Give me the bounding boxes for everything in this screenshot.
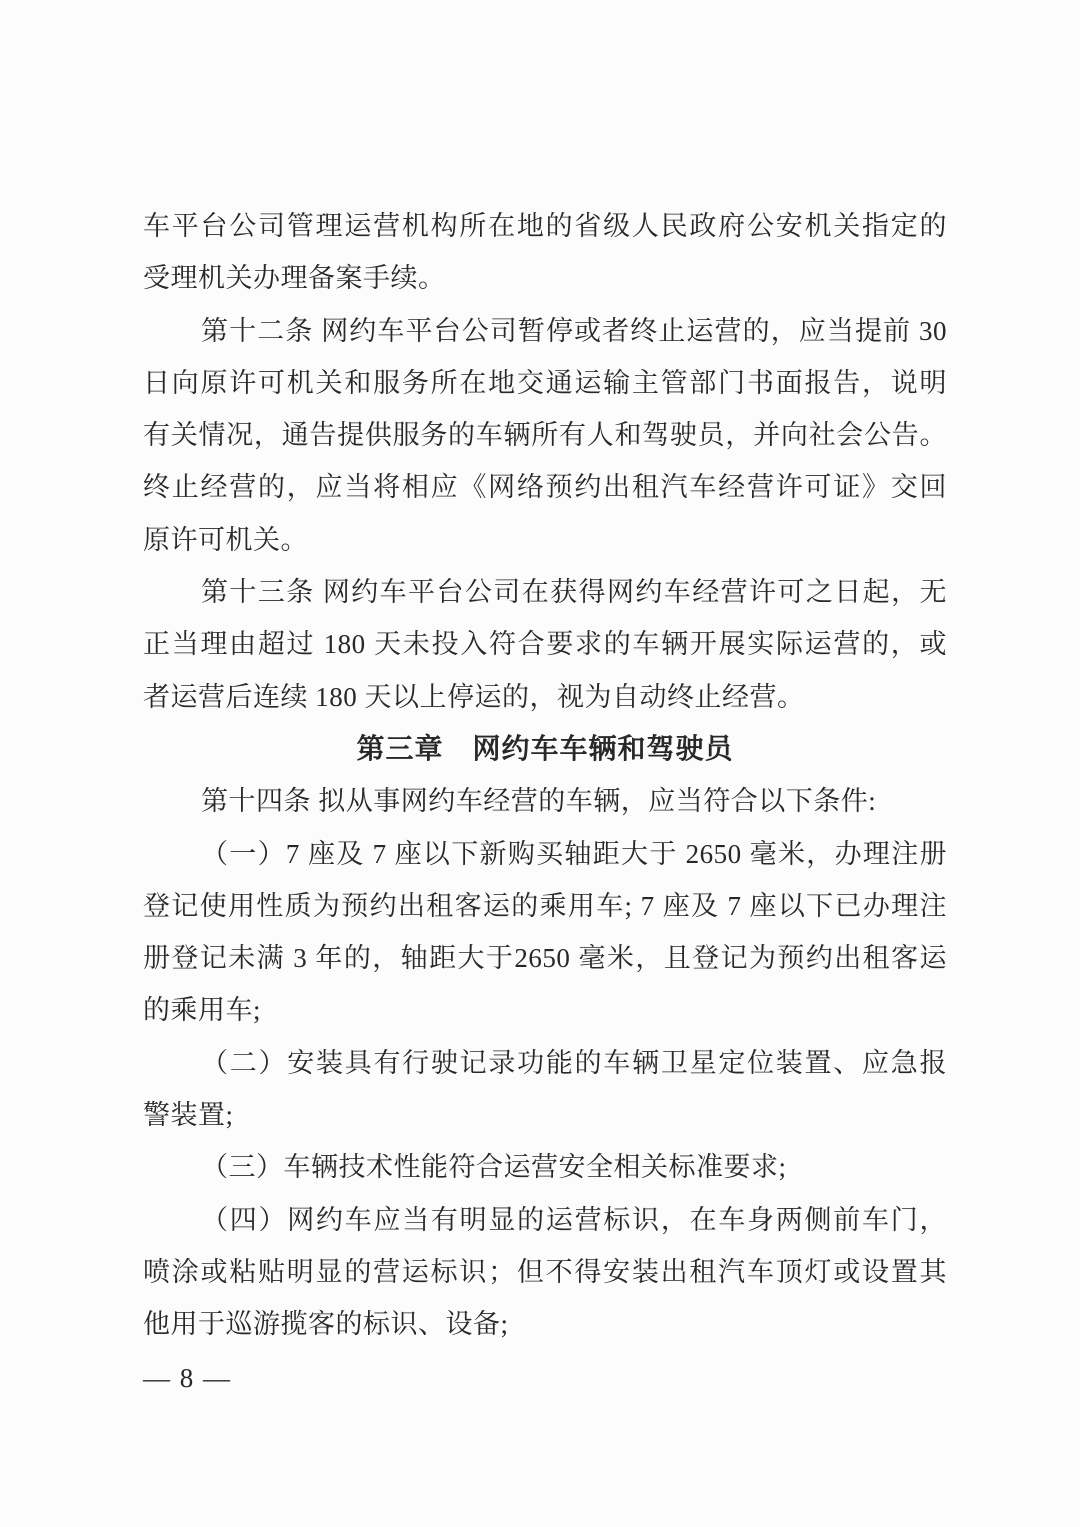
text-block: 车平台公司管理运营机构所在地的省级人民政府公安机关指定的 受理机关办理备案手续。… xyxy=(143,200,947,1351)
document-page: 车平台公司管理运营机构所在地的省级人民政府公安机关指定的 受理机关办理备案手续。… xyxy=(0,0,1080,1527)
doc-line: 原许可机关。 xyxy=(143,514,947,566)
doc-line: 的乘用车; xyxy=(143,984,947,1036)
doc-line: （二）安装具有行驶记录功能的车辆卫星定位装置、应急报 xyxy=(143,1037,947,1089)
doc-line: （四）网约车应当有明显的运营标识，在车身两侧前车门， xyxy=(143,1194,947,1246)
doc-line: 第十二条 网约车平台公司暂停或者终止运营的，应当提前 30 xyxy=(143,305,947,357)
doc-line: 有关情况，通告提供服务的车辆所有人和驾驶员，并向社会公告。 xyxy=(143,409,947,461)
doc-line: （一）7 座及 7 座以下新购买轴距大于 2650 毫米，办理注册 xyxy=(143,828,947,880)
doc-line: 车平台公司管理运营机构所在地的省级人民政府公安机关指定的 xyxy=(143,200,947,252)
doc-line: 第十三条 网约车平台公司在获得网约车经营许可之日起，无 xyxy=(143,566,947,618)
doc-line: 警装置; xyxy=(143,1089,947,1141)
doc-line: 喷涂或粘贴明显的营运标识；但不得安装出租汽车顶灯或设置其 xyxy=(143,1246,947,1298)
doc-line: 册登记未满 3 年的，轴距大于2650 毫米，且登记为预约出租客运 xyxy=(143,932,947,984)
doc-line: 日向原许可机关和服务所在地交通运输主管部门书面报告，说明 xyxy=(143,357,947,409)
doc-line: 登记使用性质为预约出租客运的乘用车; 7 座及 7 座以下已办理注 xyxy=(143,880,947,932)
doc-line: 终止经营的，应当将相应《网络预约出租汽车经营许可证》交回 xyxy=(143,461,947,513)
doc-line: 受理机关办理备案手续。 xyxy=(143,252,947,304)
doc-line: 者运营后连续 180 天以上停运的，视为自动终止经营。 xyxy=(143,671,947,723)
doc-line: （三）车辆技术性能符合运营安全相关标准要求; xyxy=(143,1141,947,1193)
doc-line: 第十四条 拟从事网约车经营的车辆，应当符合以下条件: xyxy=(143,775,947,827)
chapter-heading: 第三章 网约车车辆和驾驶员 xyxy=(143,723,947,775)
doc-line: 他用于巡游揽客的标识、设备; xyxy=(143,1298,947,1350)
doc-line: 正当理由超过 180 天未投入符合要求的车辆开展实际运营的，或 xyxy=(143,618,947,670)
page-number: — 8 — xyxy=(143,1353,232,1403)
